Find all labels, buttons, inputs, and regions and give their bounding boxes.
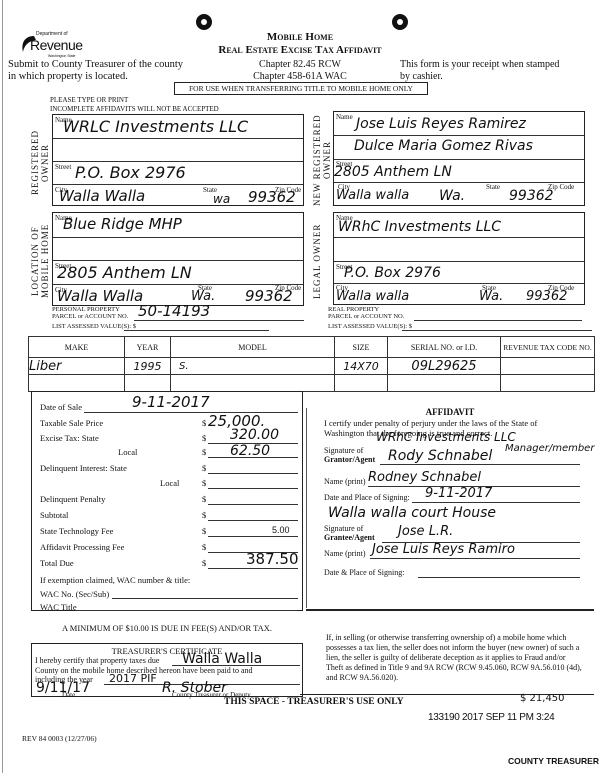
legal-owner-box: Name WRhC Investments LLC Street P.O. Bo… bbox=[333, 212, 585, 305]
grantee-date-label: Date & Place of Signing: bbox=[324, 568, 404, 577]
instruction-incomplete: INCOMPLETE AFFIDAVITS WILL NOT BE ACCEPT… bbox=[50, 105, 219, 113]
form-number: REV 84 0003 (12/27/06) bbox=[22, 734, 97, 743]
treasurer-text-1: I hereby certify that property taxes due bbox=[35, 656, 159, 665]
grantor-date[interactable]: 9-11-2017 bbox=[425, 486, 492, 501]
street-label: Street bbox=[55, 163, 71, 171]
wac-title-line[interactable] bbox=[75, 610, 297, 611]
location-label: LOCATION OF MOBILE HOME bbox=[30, 214, 52, 308]
title-transfer-banner: FOR USE WHEN TRANSFERRING TITLE TO MOBIL… bbox=[174, 82, 428, 95]
dollar-sign: $ bbox=[202, 433, 206, 443]
legal-owner-state[interactable]: Wa. bbox=[479, 289, 503, 304]
dor-logo: Department of Revenue Washington State bbox=[20, 30, 90, 60]
personal-parcel-value[interactable]: 50-14193 bbox=[138, 302, 210, 320]
scan-edge bbox=[2, 0, 3, 773]
location-city[interactable]: Walla Walla bbox=[57, 287, 143, 305]
grantee-name-label: Name (print) bbox=[324, 549, 366, 558]
excise-local-label: Local bbox=[118, 447, 137, 457]
excise-state-value[interactable]: 320.00 bbox=[230, 427, 279, 443]
grantee-signature: Jose L.R. bbox=[398, 524, 453, 539]
date-of-sale-value[interactable]: 9-11-2017 bbox=[132, 393, 210, 411]
dollar-sign: $ bbox=[202, 542, 206, 552]
dollar-sign: $ bbox=[202, 510, 206, 520]
grantor-title: Manager/member bbox=[505, 444, 585, 454]
new-owner-name-1[interactable]: Jose Luis Reyes Ramirez bbox=[356, 116, 526, 132]
registered-owner-label: REGISTERED OWNER bbox=[30, 118, 52, 208]
affidavit-divider bbox=[306, 408, 307, 608]
new-owner-street[interactable]: 2805 Anthem LN bbox=[334, 164, 452, 180]
table-header-row: MAKE YEAR MODEL SIZE SERIAL NO. or I.D. … bbox=[29, 337, 595, 358]
name-label: Name bbox=[336, 113, 353, 121]
dollar-sign: $ bbox=[202, 478, 206, 488]
size-cell[interactable] bbox=[335, 375, 388, 392]
grantor-date-line[interactable] bbox=[412, 502, 580, 503]
make-cell[interactable]: Liber bbox=[29, 358, 125, 375]
punch-hole-left bbox=[196, 14, 212, 30]
table-row: Liber 1995 S. 14X70 09L29625 bbox=[29, 358, 595, 375]
mobile-home-table: MAKE YEAR MODEL SIZE SERIAL NO. or I.D. … bbox=[28, 336, 595, 392]
size-cell[interactable]: 14X70 bbox=[335, 358, 388, 375]
legal-owner-city[interactable]: Walla walla bbox=[336, 289, 409, 304]
grantee-name-line[interactable] bbox=[370, 558, 580, 559]
col-make: MAKE bbox=[29, 337, 125, 358]
col-size: SIZE bbox=[335, 337, 388, 358]
revenue-code-cell[interactable] bbox=[501, 358, 595, 375]
tech-fee-label: State Technology Fee bbox=[40, 526, 113, 536]
wac-no-line[interactable] bbox=[112, 598, 298, 599]
personal-parcel-label-2: PARCEL or ACCOUNT NO. bbox=[52, 313, 128, 320]
exemption-label: If exemption claimed, WAC number & title… bbox=[40, 575, 190, 585]
affidavit-bottom-rule bbox=[306, 609, 594, 611]
form-title-line2: Real Estate Excise Tax Affidavit bbox=[170, 44, 430, 56]
personal-parcel-label-1: PERSONAL PROPERTY bbox=[52, 306, 120, 313]
legal-owner-label: LEGAL OWNER bbox=[312, 214, 326, 308]
delinquent-penalty-label: Delinquent Penalty bbox=[40, 494, 105, 504]
taxable-sale-price-label: Taxable Sale Price bbox=[40, 418, 103, 428]
personal-parcel-line bbox=[134, 320, 304, 321]
dollar-sign: $ bbox=[202, 526, 206, 536]
county-treasurer-stamp: COUNTY TREASURER bbox=[508, 756, 599, 766]
table-row bbox=[29, 375, 595, 392]
receipt-note: This form is your receipt when stamped b… bbox=[400, 59, 570, 83]
location-zip[interactable]: 99362 bbox=[245, 287, 293, 305]
date-of-sale-label: Date of Sale bbox=[40, 402, 82, 412]
col-model: MODEL bbox=[171, 337, 335, 358]
dollar-sign: $ bbox=[202, 558, 206, 568]
grantee-sig-label-1: Signature of bbox=[324, 524, 363, 533]
grantee-name[interactable]: Jose Luis Reys Ramiro bbox=[372, 542, 515, 557]
real-assessed-label: LIST ASSESSED VALUE(S): $ bbox=[328, 323, 412, 330]
grantor-signature: Rody Schnabel bbox=[388, 448, 492, 464]
grantor-sig-label-2: Grantor/Agent bbox=[324, 455, 375, 464]
registered-owner-street[interactable]: P.O. Box 2976 bbox=[75, 163, 186, 182]
grantor-sig-label-1: Signature of bbox=[324, 446, 363, 455]
personal-assessed-label: LIST ASSESSED VALUE(S): $ bbox=[52, 323, 136, 330]
wac-title-label: WAC Title bbox=[40, 602, 77, 612]
year-cell[interactable]: 1995 bbox=[125, 358, 171, 375]
col-serial: SERIAL NO. or I.D. bbox=[388, 337, 501, 358]
registered-owner-city[interactable]: Walla Walla bbox=[59, 187, 145, 205]
grantor-place[interactable]: Walla walla court House bbox=[328, 505, 496, 521]
total-due-value[interactable]: 387.50 bbox=[246, 550, 299, 568]
total-due-label: Total Due bbox=[40, 558, 74, 568]
chapter-rcw: Chapter 82.45 RCW bbox=[200, 59, 400, 70]
excise-local-value[interactable]: 62.50 bbox=[230, 443, 270, 459]
treasurer-use-only: THIS SPACE - TREASURER'S USE ONLY bbox=[224, 697, 404, 707]
grantor-name[interactable]: Rodney Schnabel bbox=[368, 470, 481, 485]
serial-cell[interactable] bbox=[388, 375, 501, 392]
new-owner-zip[interactable]: 99362 bbox=[509, 188, 554, 204]
treasurer-county[interactable]: Walla Walla bbox=[182, 651, 262, 667]
lien-notice: If, in selling (or otherwise transferrin… bbox=[326, 633, 584, 683]
treasurer-amount-note: $ 21,450 bbox=[520, 693, 565, 704]
real-assessed-line[interactable] bbox=[402, 330, 592, 331]
grantor-name-label: Name (print) bbox=[324, 477, 366, 486]
chapter-wac: Chapter 458-61A WAC bbox=[200, 71, 400, 82]
model-cell[interactable]: S. bbox=[171, 358, 335, 375]
revenue-code-cell[interactable] bbox=[501, 375, 595, 392]
tech-fee-value: 5.00 bbox=[272, 525, 290, 535]
excise-state-label: Excise Tax: State bbox=[40, 433, 99, 443]
logo-sub: Washington State bbox=[48, 54, 76, 58]
subtotal-label: Subtotal bbox=[40, 510, 68, 520]
serial-cell[interactable]: 09L29625 bbox=[388, 358, 501, 375]
treasurer-certificate-box: TREASURER'S CERTIFICATE I hereby certify… bbox=[31, 643, 303, 697]
year-cell[interactable] bbox=[125, 375, 171, 392]
new-owner-state[interactable]: Wa. bbox=[439, 188, 465, 204]
location-box: Name Blue Ridge MHP Street 2805 Anthem L… bbox=[52, 212, 304, 306]
registered-owner-state[interactable]: wa bbox=[213, 192, 230, 206]
grantee-date-line[interactable] bbox=[418, 577, 580, 578]
new-owner-name-2[interactable]: Dulce Maria Gomez Rivas bbox=[354, 138, 533, 154]
new-owner-city[interactable]: Walla walla bbox=[336, 188, 409, 203]
grantee-sig-label-2: Grantee/Agent bbox=[324, 533, 375, 542]
real-parcel-label-1: REAL PROPERTY bbox=[328, 306, 379, 313]
minimum-note: A MINIMUM OF $10.00 IS DUE IN FEE(S) AND… bbox=[31, 623, 303, 633]
registered-owner-name[interactable]: WRLC Investments LLC bbox=[63, 117, 248, 136]
col-revenue-code: REVENUE TAX CODE NO. bbox=[501, 337, 595, 358]
state-label: State bbox=[486, 183, 500, 191]
legal-owner-name[interactable]: WRhC Investments LLC bbox=[338, 219, 501, 235]
dollar-sign: $ bbox=[202, 463, 206, 473]
make-cell[interactable] bbox=[29, 375, 125, 392]
real-parcel-label-2: PARCEL or ACCOUNT NO. bbox=[328, 313, 404, 320]
legal-owner-zip[interactable]: 99362 bbox=[526, 289, 567, 304]
dollar-sign: $ bbox=[202, 494, 206, 504]
submit-note: Submit to County Treasurer of the county… bbox=[8, 59, 188, 83]
new-registered-owner-box: Name Jose Luis Reyes Ramirez Dulce Maria… bbox=[333, 111, 585, 206]
date-label: Date bbox=[62, 691, 75, 699]
legal-owner-street[interactable]: P.O. Box 2976 bbox=[344, 265, 441, 281]
grantor-signature-line[interactable] bbox=[380, 464, 580, 465]
logo-main: Revenue bbox=[30, 37, 83, 53]
processing-fee-label: Affidavit Processing Fee bbox=[40, 542, 124, 552]
form-title-line1: Mobile Home bbox=[200, 31, 400, 43]
treasurer-year[interactable]: 2017 PIF bbox=[109, 672, 157, 685]
location-street[interactable]: 2805 Anthem LN bbox=[57, 263, 192, 282]
personal-assessed-line bbox=[124, 330, 269, 331]
model-cell[interactable] bbox=[171, 375, 335, 392]
real-parcel-line[interactable] bbox=[414, 320, 582, 321]
location-name[interactable]: Blue Ridge MHP bbox=[63, 215, 182, 233]
affidavit-title: AFFIDAVIT bbox=[320, 407, 580, 417]
wac-no-label: WAC No. (Sec/Sub) bbox=[40, 589, 109, 599]
registered-owner-zip[interactable]: 99362 bbox=[248, 188, 296, 206]
instruction-print: PLEASE TYPE OR PRINT bbox=[50, 96, 128, 104]
col-year: YEAR bbox=[125, 337, 171, 358]
grantor-date-label: Date and Place of Signing: bbox=[324, 493, 410, 502]
new-registered-owner-label: NEW REGISTERED OWNER bbox=[312, 112, 334, 208]
registered-owner-box: Name WRLC Investments LLC Street P.O. Bo… bbox=[52, 114, 304, 206]
punch-hole-right bbox=[392, 14, 408, 30]
delinquent-interest-local-label: Local bbox=[160, 478, 179, 488]
receipt-stamp: 133190 2017 SEP 11 PM 3:24 bbox=[428, 712, 554, 723]
dollar-sign: $ bbox=[202, 418, 206, 428]
dollar-sign: $ bbox=[202, 447, 206, 457]
fees-box: Date of Sale 9-11-2017 Taxable Sale Pric… bbox=[31, 391, 303, 611]
delinquent-interest-state-label: Delinquent Interest: State bbox=[40, 463, 127, 473]
grantor-company-signature: WRhC Investments LLC bbox=[376, 430, 516, 444]
